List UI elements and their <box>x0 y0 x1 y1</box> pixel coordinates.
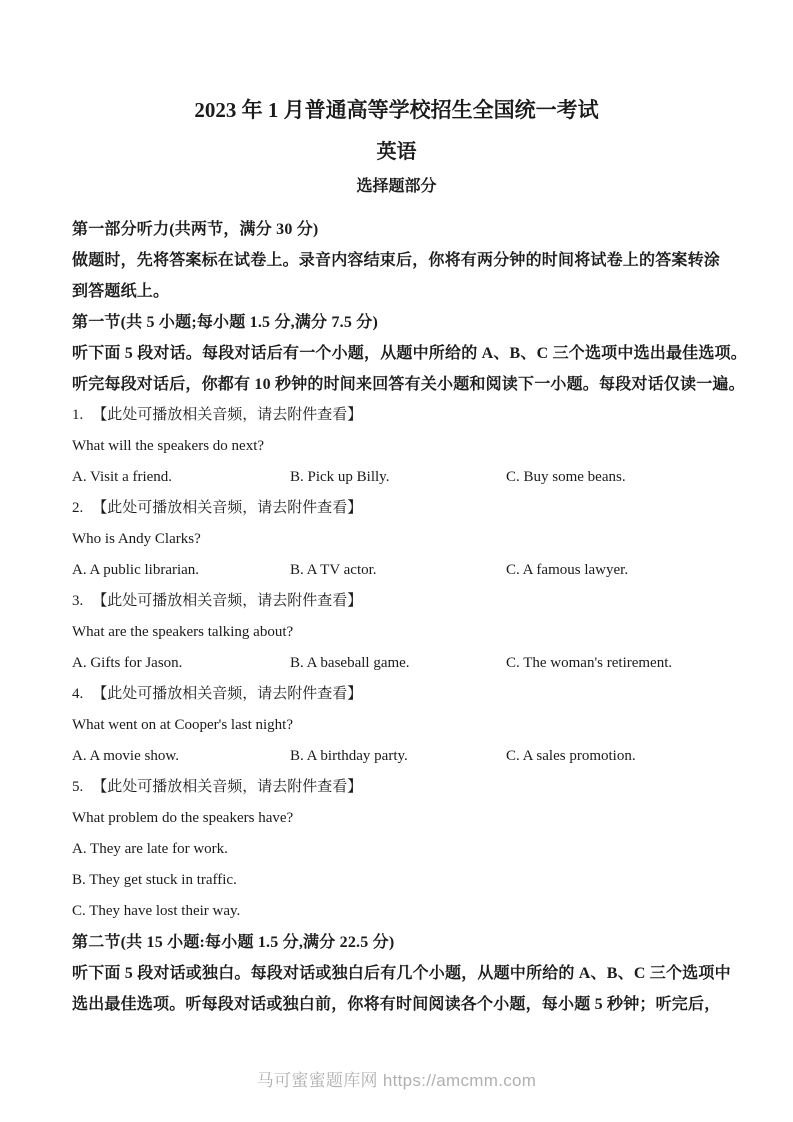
option-a: A. A public librarian. <box>72 555 290 586</box>
option-c: C. The woman's retirement. <box>506 648 721 679</box>
option-a: A. Gifts for Jason. <box>72 648 290 679</box>
question-number: 4. <box>72 679 83 710</box>
audio-note: 【此处可播放相关音频，请去附件查看】 <box>92 779 362 795</box>
section1-heading: 第一节(共 5 小题;每小题 1.5 分,满分 7.5 分) <box>72 307 721 338</box>
option-b: B. A birthday party. <box>290 741 506 772</box>
question-block-3: 3.【此处可播放相关音频，请去附件查看】 What are the speake… <box>72 586 721 679</box>
part1-listening-heading: 第一部分听力(共两节，满分 30 分) <box>72 214 721 245</box>
option-a: A. A movie show. <box>72 741 290 772</box>
option-b: B. They get stuck in traffic. <box>72 865 721 896</box>
option-c: C. A famous lawyer. <box>506 555 721 586</box>
question-text: Who is Andy Clarks? <box>72 524 721 555</box>
option-b: B. A baseball game. <box>290 648 506 679</box>
question-block-1: 1.【此处可播放相关音频，请去附件查看】 What will the speak… <box>72 400 721 493</box>
audio-note: 【此处可播放相关音频，请去附件查看】 <box>92 593 362 609</box>
section2-instruction-line2: 选出最佳选项。听每段对话或独白前，你将有时间阅读各个小题，每小题 5 秒钟；听完… <box>72 989 721 1020</box>
footer-watermark: 马可蜜蜜题库网 https://amcmm.com <box>0 1066 793 1091</box>
options-row: A. Visit a friend. B. Pick up Billy. C. … <box>72 462 721 493</box>
exam-subject: 英语 <box>72 138 721 166</box>
question-audio-line: 2.【此处可播放相关音频，请去附件查看】 <box>72 493 721 524</box>
question-text: What problem do the speakers have? <box>72 803 721 834</box>
question-block-5: 5.【此处可播放相关音频，请去附件查看】 What problem do the… <box>72 772 721 927</box>
listening-note-line2: 到答题纸上。 <box>72 276 721 307</box>
exam-paper-page: 2023 年 1 月普通高等学校招生全国统一考试 英语 选择题部分 第一部分听力… <box>0 0 793 1122</box>
question-number: 3. <box>72 586 83 617</box>
section1-instruction-line1: 听下面 5 段对话。每段对话后有一个小题，从题中所给的 A、B、C 三个选项中选… <box>72 338 721 369</box>
section1-instruction-line2: 听完每段对话后，你都有 10 秒钟的时间来回答有关小题和阅读下一小题。每段对话仅… <box>72 369 721 400</box>
option-c: C. They have lost their way. <box>72 896 721 927</box>
question-text: What went on at Cooper's last night? <box>72 710 721 741</box>
question-audio-line: 4.【此处可播放相关音频，请去附件查看】 <box>72 679 721 710</box>
question-audio-line: 3.【此处可播放相关音频，请去附件查看】 <box>72 586 721 617</box>
question-text: What will the speakers do next? <box>72 431 721 462</box>
answer-section-label: 选择题部分 <box>72 175 721 199</box>
exam-title: 2023 年 1 月普通高等学校招生全国统一考试 <box>72 96 721 124</box>
question-number: 5. <box>72 772 83 803</box>
option-a: A. They are late for work. <box>72 834 721 865</box>
options-row: A. A public librarian. B. A TV actor. C.… <box>72 555 721 586</box>
options-row: A. Gifts for Jason. B. A baseball game. … <box>72 648 721 679</box>
question-number: 2. <box>72 493 83 524</box>
options-row: A. A movie show. B. A birthday party. C.… <box>72 741 721 772</box>
option-b: B. Pick up Billy. <box>290 462 506 493</box>
option-a: A. Visit a friend. <box>72 462 290 493</box>
section2-heading: 第二节(共 15 小题:每小题 1.5 分,满分 22.5 分) <box>72 927 721 958</box>
audio-note: 【此处可播放相关音频，请去附件查看】 <box>92 407 362 423</box>
question-block-2: 2.【此处可播放相关音频，请去附件查看】 Who is Andy Clarks?… <box>72 493 721 586</box>
question-text: What are the speakers talking about? <box>72 617 721 648</box>
audio-note: 【此处可播放相关音频，请去附件查看】 <box>92 500 362 516</box>
question-block-4: 4.【此处可播放相关音频，请去附件查看】 What went on at Coo… <box>72 679 721 772</box>
option-c: C. Buy some beans. <box>506 462 721 493</box>
question-number: 1. <box>72 400 83 431</box>
exam-body: 第一部分听力(共两节，满分 30 分) 做题时，先将答案标在试卷上。录音内容结束… <box>72 214 721 1020</box>
option-b: B. A TV actor. <box>290 555 506 586</box>
question-audio-line: 5.【此处可播放相关音频，请去附件查看】 <box>72 772 721 803</box>
audio-note: 【此处可播放相关音频，请去附件查看】 <box>92 686 362 702</box>
question-audio-line: 1.【此处可播放相关音频，请去附件查看】 <box>72 400 721 431</box>
option-c: C. A sales promotion. <box>506 741 721 772</box>
listening-note-line1: 做题时，先将答案标在试卷上。录音内容结束后，你将有两分钟的时间将试卷上的答案转涂 <box>72 245 721 276</box>
section2-instruction-line1: 听下面 5 段对话或独白。每段对话或独白后有几个小题，从题中所给的 A、B、C … <box>72 958 721 989</box>
